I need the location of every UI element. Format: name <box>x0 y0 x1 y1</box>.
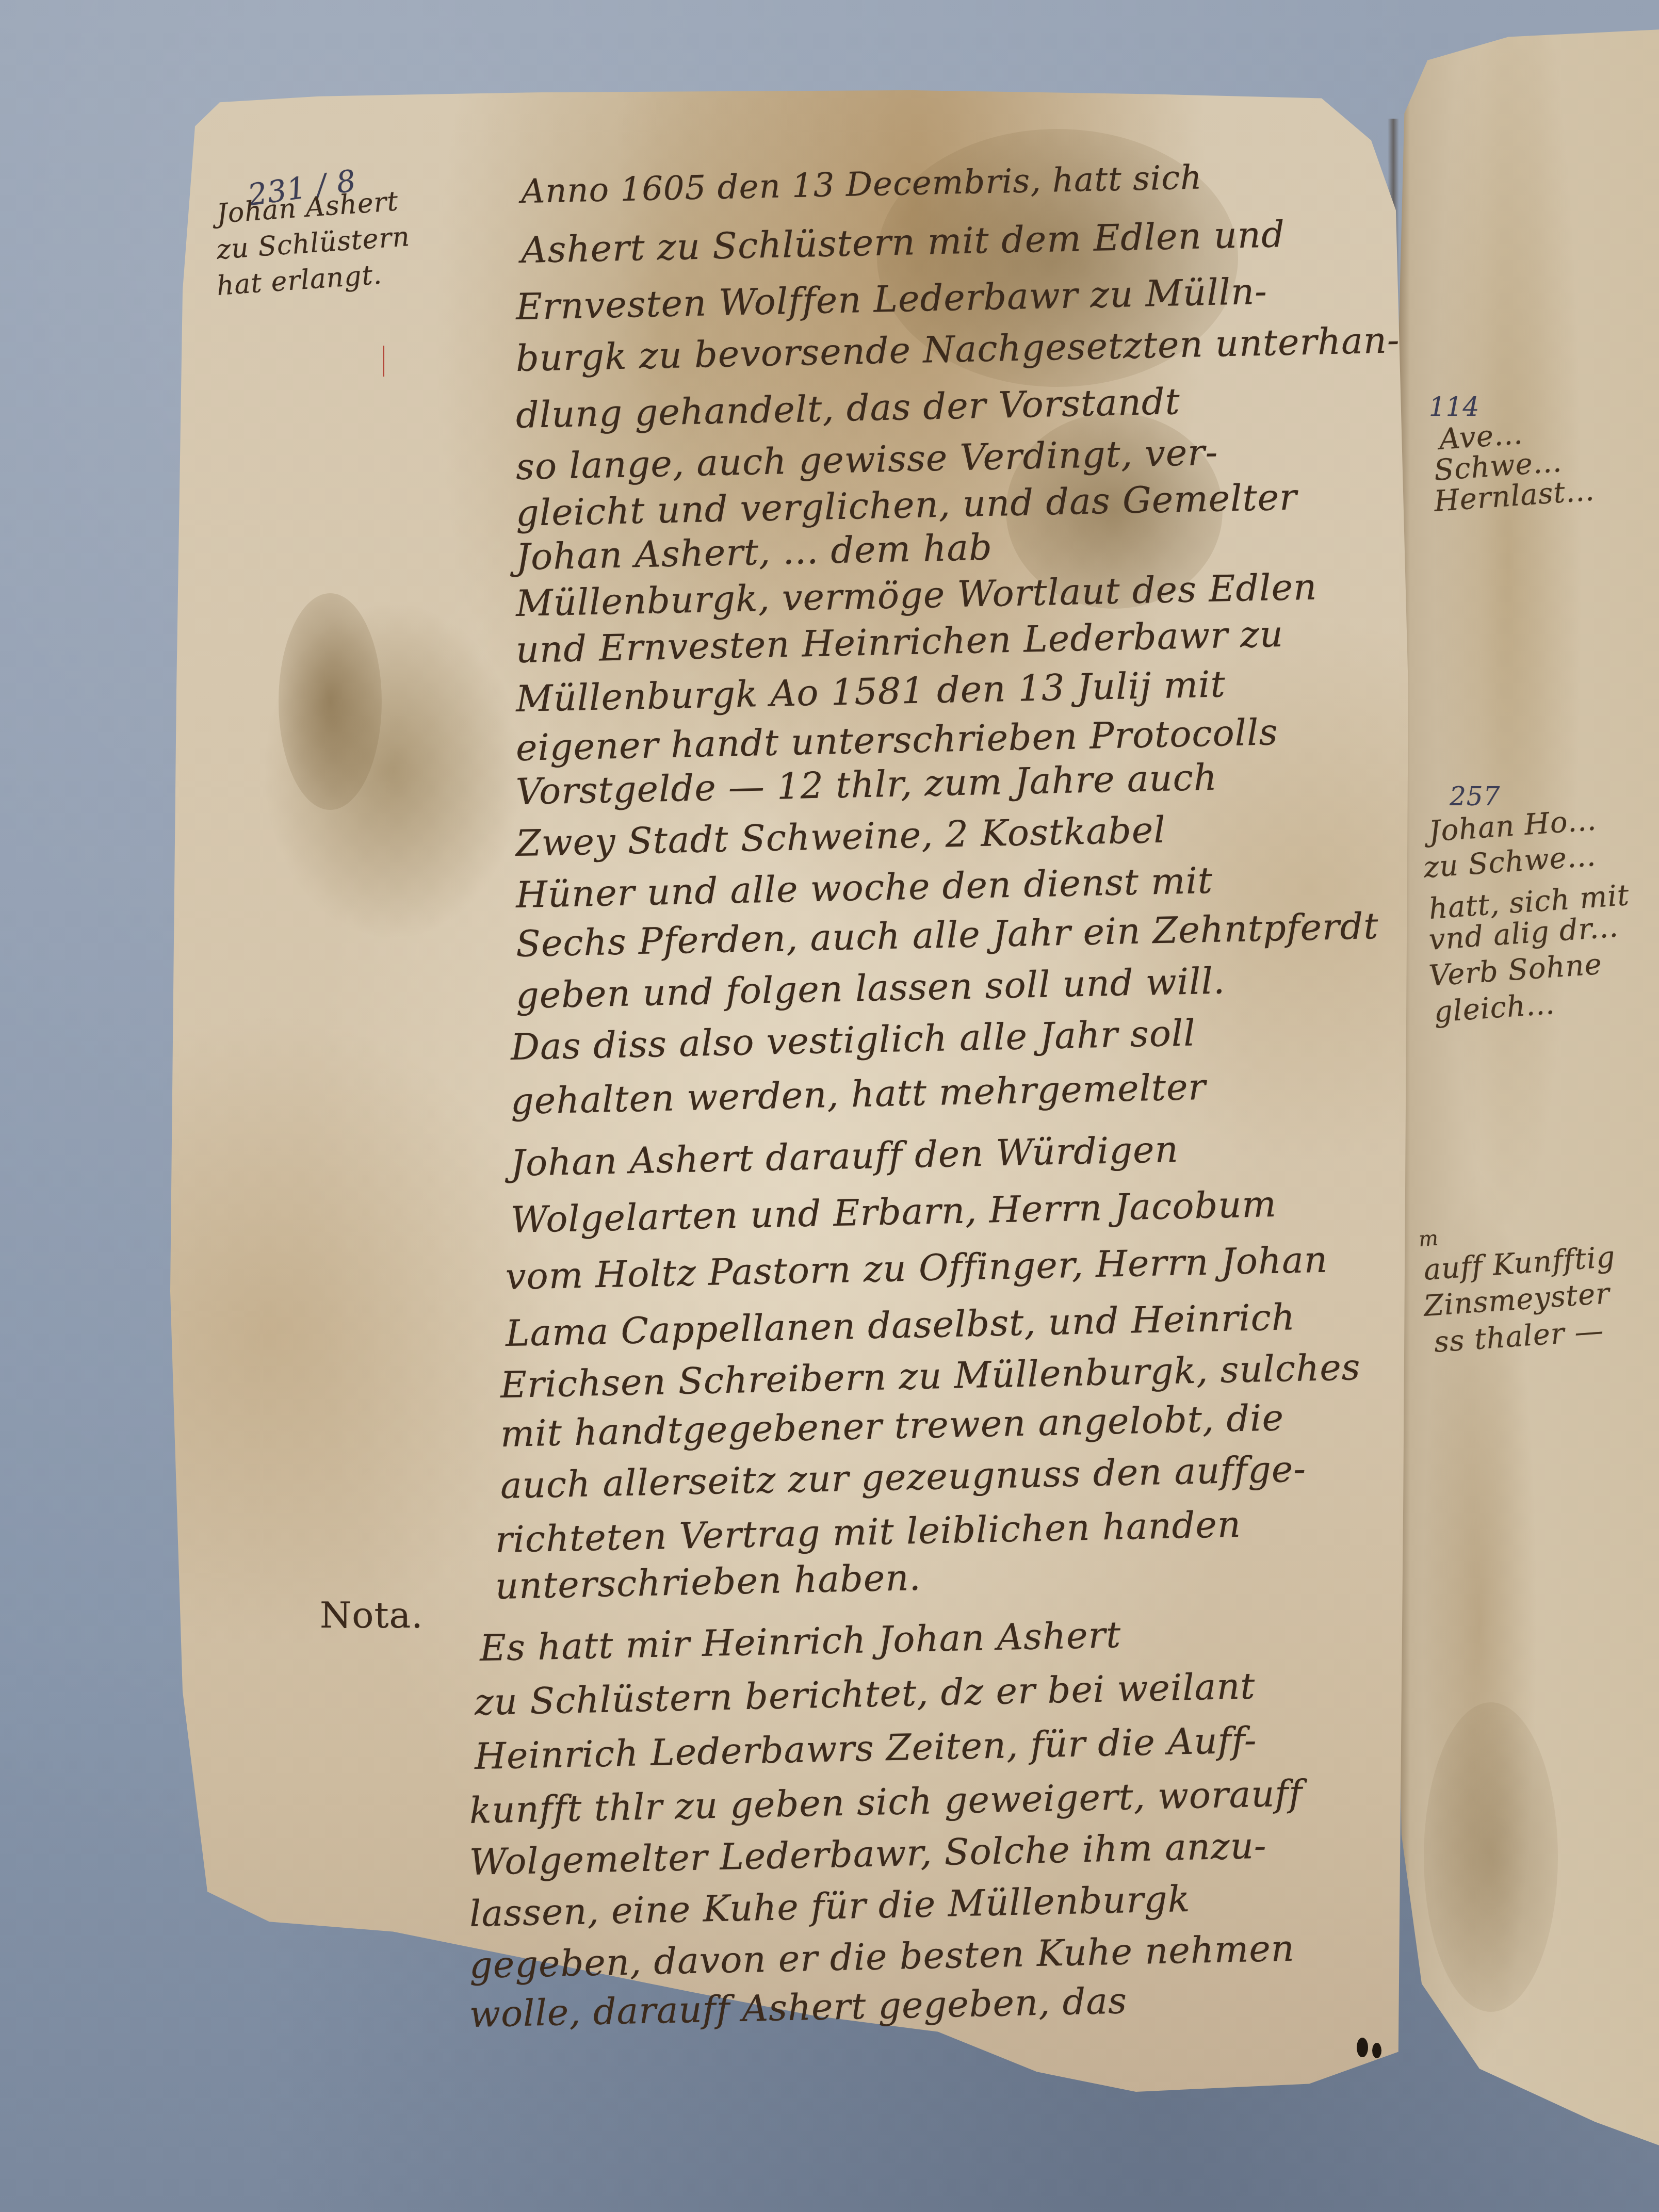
text-line: unterschrieben haben. <box>495 1559 921 1604</box>
text-line: Johan Ashert, ... dem hab <box>515 529 993 575</box>
ink-blot <box>1372 2043 1381 2058</box>
stain-facing-page <box>1424 1702 1558 2012</box>
nota-label: Nota. <box>320 1594 424 1636</box>
facing-text-line: m <box>1418 1226 1439 1251</box>
facing-folio-number: 257 <box>1450 782 1500 811</box>
stain-left-margin <box>279 593 382 810</box>
facing-folio-number: 114 <box>1429 392 1479 422</box>
ink-blot <box>1357 2038 1368 2057</box>
red-pencil-mark <box>383 346 384 377</box>
